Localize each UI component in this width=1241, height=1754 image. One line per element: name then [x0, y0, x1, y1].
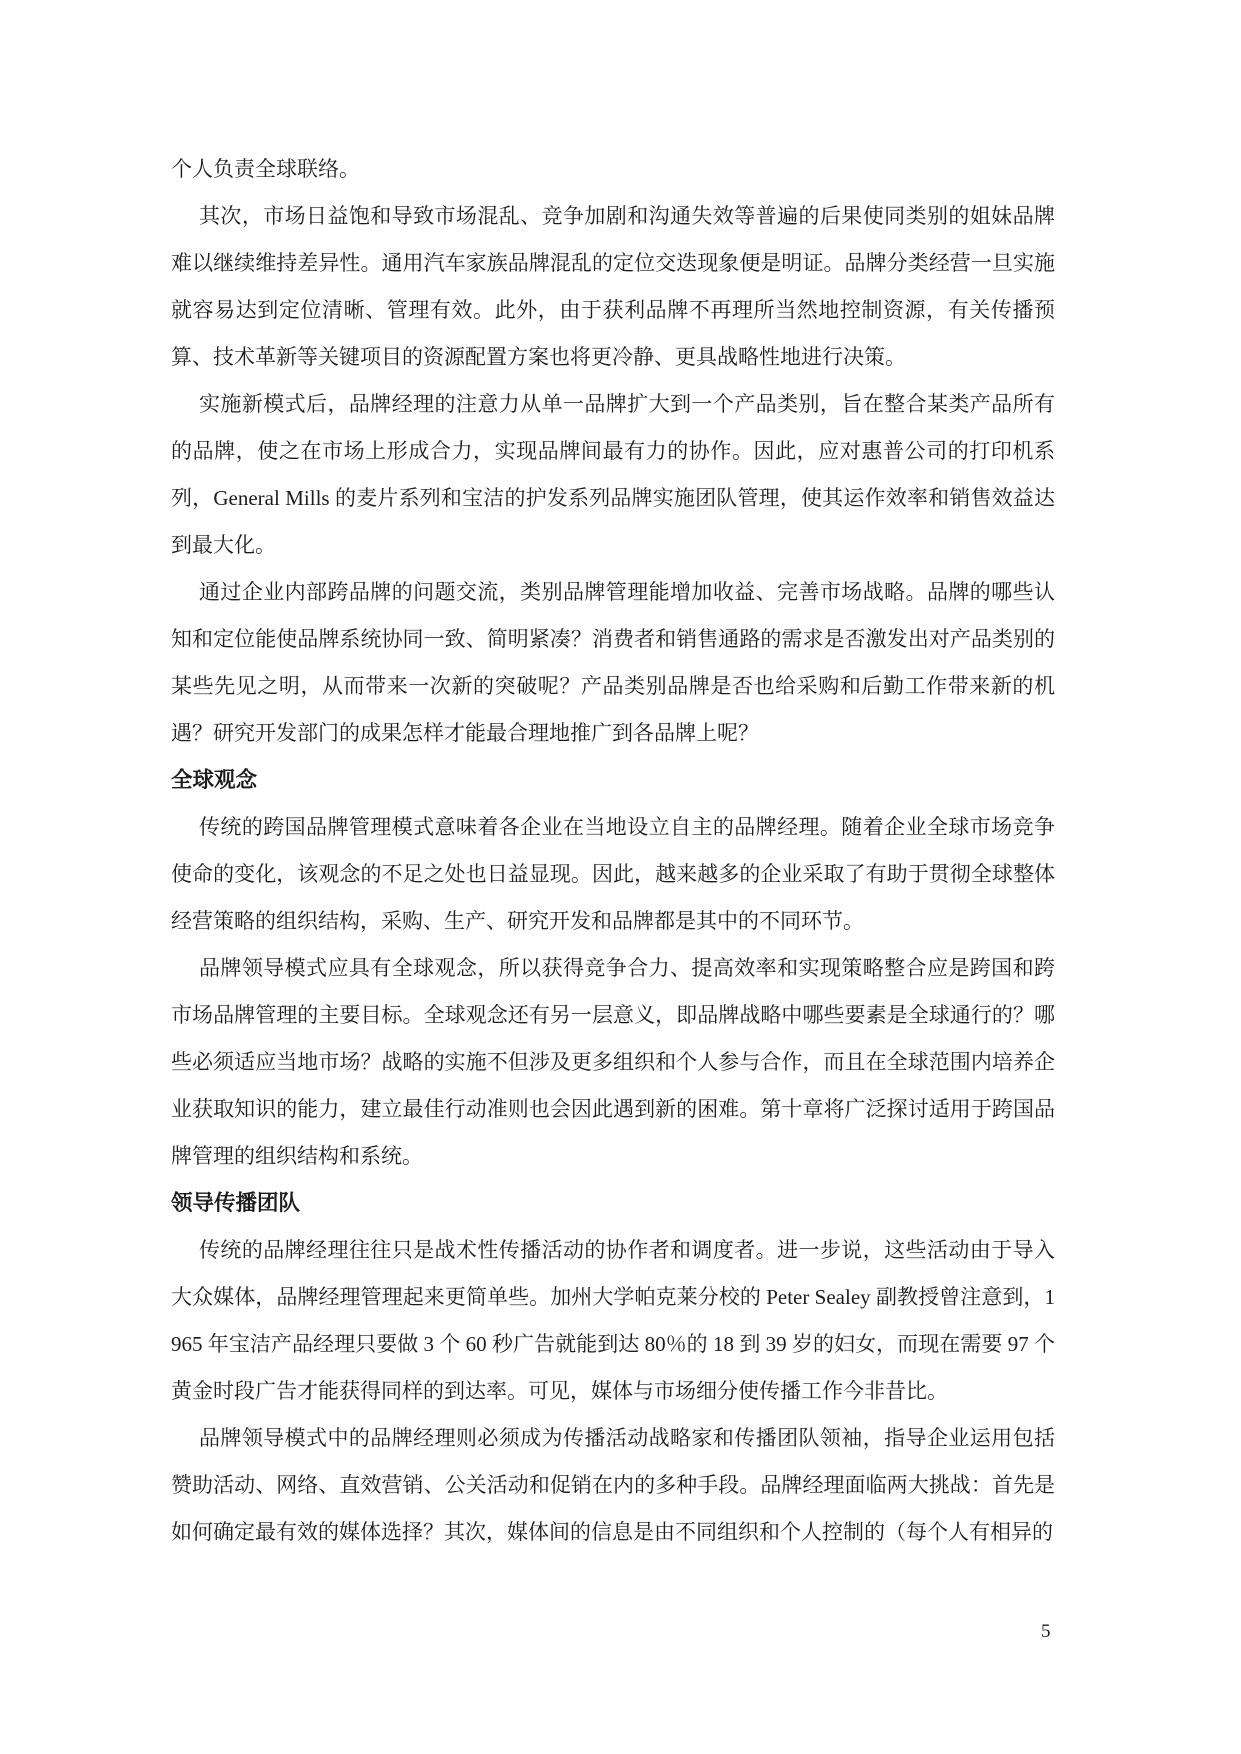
page-body: 个人负责全球联络。其次，市场日益饱和导致市场混乱、竞争加剧和沟通失效等普遍的后果…	[171, 146, 1055, 1556]
section-heading: 领导传播团队	[171, 1180, 1055, 1227]
body-paragraph: 个人负责全球联络。	[171, 146, 1055, 193]
body-paragraph: 品牌领导模式中的品牌经理则必须成为传播活动战略家和传播团队领袖，指导企业运用包括…	[171, 1415, 1055, 1556]
body-paragraph: 实施新模式后，品牌经理的注意力从单一品牌扩大到一个产品类别，旨在整合某类产品所有…	[171, 381, 1055, 569]
body-paragraph: 通过企业内部跨品牌的问题交流，类别品牌管理能增加收益、完善市场战略。品牌的哪些认…	[171, 569, 1055, 757]
body-paragraph: 品牌领导模式应具有全球观念，所以获得竞争合力、提高效率和实现策略整合应是跨国和跨…	[171, 945, 1055, 1180]
body-paragraph: 传统的品牌经理往往只是战术性传播活动的协作者和调度者。进一步说，这些活动由于导入…	[171, 1227, 1055, 1415]
section-heading: 全球观念	[171, 757, 1055, 804]
document-page: 个人负责全球联络。其次，市场日益饱和导致市场混乱、竞争加剧和沟通失效等普遍的后果…	[0, 0, 1241, 1754]
body-paragraph: 其次，市场日益饱和导致市场混乱、竞争加剧和沟通失效等普遍的后果使同类别的姐妹品牌…	[171, 193, 1055, 381]
body-paragraph: 传统的跨国品牌管理模式意味着各企业在当地设立自主的品牌经理。随着企业全球市场竞争…	[171, 804, 1055, 945]
page-number: 5	[1041, 1620, 1051, 1644]
